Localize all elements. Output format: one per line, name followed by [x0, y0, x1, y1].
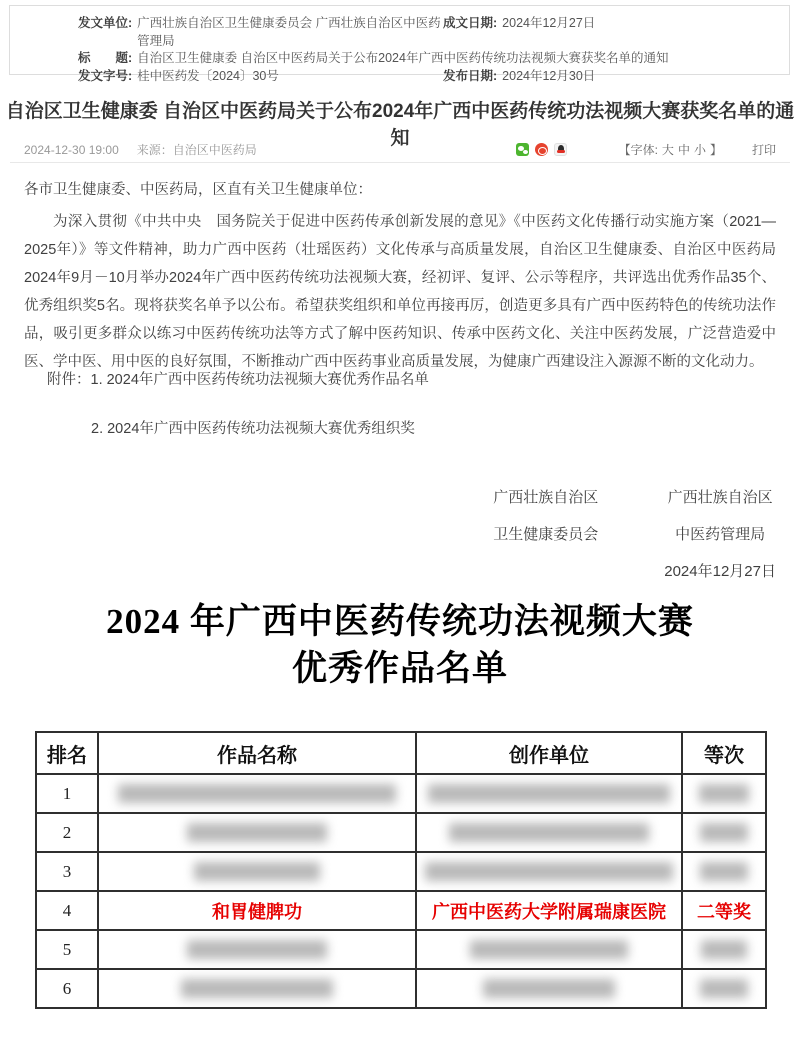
signature-block: 广西壮族自治区 卫生健康委员会 广西壮族自治区 中医药管理局 2024年12月2… [493, 479, 776, 590]
doc-meta-box: 发文单位: 广西壮族自治区卫生健康委员会 广西壮族自治区中医药管理局 成文日期:… [9, 5, 790, 75]
work-cell-redacted [98, 930, 416, 969]
table-row: 6 [36, 969, 766, 1008]
table-header-row: 排名 作品名称 创作单位 等次 [36, 732, 766, 774]
col-header-unit: 创作单位 [416, 732, 682, 774]
header-divider [10, 162, 790, 163]
award-table: 排名 作品名称 创作单位 等次 1 2 3 [35, 731, 767, 1009]
unit-cell-redacted [416, 930, 682, 969]
table-row-highlighted: 4 和胃健脾功 广西中医药大学附属瑞康医院 二等奖 [36, 891, 766, 930]
award-list-title-line2: 优秀作品名单 [0, 645, 800, 692]
col-header-rank: 排名 [36, 732, 98, 774]
signature-right: 广西壮族自治区 中医药管理局 2024年12月27日 [664, 479, 776, 590]
font-size-widget: 【字体: 大 中 小 】 [619, 141, 722, 158]
print-button[interactable]: 打印 [752, 141, 776, 158]
rank-cell: 1 [36, 774, 98, 813]
notice-page: 发文单位: 广西壮族自治区卫生健康委员会 广西壮族自治区中医药管理局 成文日期:… [0, 0, 800, 1038]
publish-datetime: 2024-12-30 19:00 [24, 143, 119, 157]
publish-date-value: 2024年12月30日 [502, 68, 595, 86]
signature-date: 2024年12月27日 [664, 553, 776, 590]
signature-left-line1: 广西壮族自治区 [493, 479, 598, 516]
signature-right-line1: 广西壮族自治区 [664, 479, 776, 516]
source-text: 来源：自治区中医药局 [137, 141, 257, 158]
award-cell: 二等奖 [682, 891, 766, 930]
rank-cell: 6 [36, 969, 98, 1008]
salutation: 各市卫生健康委、中医药局，区直有关卫生健康单位： [24, 178, 776, 199]
award-list-title: 2024 年广西中医药传统功法视频大赛 优秀作品名单 [0, 598, 800, 692]
font-size-small[interactable]: 小 [694, 141, 706, 158]
qq-share-icon[interactable] [554, 143, 567, 156]
attachment-item-1: 1. 2024年广西中医药传统功法视频大赛优秀作品名单 [91, 368, 429, 389]
wechat-share-icon[interactable] [516, 143, 529, 156]
table-row: 2 [36, 813, 766, 852]
issuer-label: 发文单位: [78, 15, 132, 50]
rank-cell: 2 [36, 813, 98, 852]
article-meta-line: 2024-12-30 19:00 来源：自治区中医药局 【字体: 大 中 小 】… [24, 141, 776, 158]
body-paragraph: 为深入贯彻《中共中央 国务院关于促进中医药传承创新发展的意见》《中医药文化传播行… [24, 208, 776, 376]
written-date-value: 2024年12月27日 [502, 15, 595, 50]
rank-cell: 4 [36, 891, 98, 930]
unit-cell-redacted [416, 852, 682, 891]
signature-left-line2: 卫生健康委员会 [493, 516, 598, 553]
work-cell-redacted [98, 813, 416, 852]
meta-row-title: 标 题: 自治区卫生健康委 自治区中医药局关于公布2024年广西中医药传统功法视… [78, 50, 777, 68]
unit-cell: 广西中医药大学附属瑞康医院 [416, 891, 682, 930]
rank-cell: 5 [36, 930, 98, 969]
work-cell: 和胃健脾功 [98, 891, 416, 930]
publish-date-label: 发布日期: [443, 68, 497, 86]
doc-title-value: 自治区卫生健康委 自治区中医药局关于公布2024年广西中医药传统功法视频大赛获奖… [137, 50, 668, 68]
unit-cell-redacted [416, 813, 682, 852]
font-widget-suffix: 】 [710, 141, 722, 158]
award-cell-redacted [682, 813, 766, 852]
col-header-work: 作品名称 [98, 732, 416, 774]
work-cell-redacted [98, 852, 416, 891]
col-header-award: 等次 [682, 732, 766, 774]
table-row: 5 [36, 930, 766, 969]
font-size-large[interactable]: 大 [662, 141, 674, 158]
attachment-item-2: 2. 2024年广西中医药传统功法视频大赛优秀组织奖 [91, 421, 415, 437]
doc-number-value: 桂中医药发〔2024〕30号 [137, 68, 279, 86]
attachments-block: 附件： 1. 2024年广西中医药传统功法视频大赛优秀作品名单 2. 2024年… [47, 368, 776, 438]
work-cell-redacted [98, 774, 416, 813]
weibo-share-icon[interactable] [535, 143, 548, 156]
meta-row-issuer: 发文单位: 广西壮族自治区卫生健康委员会 广西壮族自治区中医药管理局 成文日期:… [78, 15, 777, 50]
share-toolbar [516, 143, 567, 156]
award-cell-redacted [682, 774, 766, 813]
attachments-label: 附件： [47, 368, 91, 389]
work-cell-redacted [98, 969, 416, 1008]
award-cell-redacted [682, 852, 766, 891]
doc-title-label: 标 题: [78, 50, 132, 68]
meta-row-number: 发文字号: 桂中医药发〔2024〕30号 发布日期: 2024年12月30日 [78, 68, 777, 86]
unit-cell-redacted [416, 969, 682, 1008]
issuer-value: 广西壮族自治区卫生健康委员会 广西壮族自治区中医药管理局 [137, 15, 443, 50]
unit-cell-redacted [416, 774, 682, 813]
written-date-label: 成文日期: [443, 15, 497, 50]
award-cell-redacted [682, 969, 766, 1008]
signature-right-line2: 中医药管理局 [664, 516, 776, 553]
award-list-title-line1: 2024 年广西中医药传统功法视频大赛 [0, 598, 800, 645]
signature-left: 广西壮族自治区 卫生健康委员会 [493, 479, 598, 590]
table-row: 3 [36, 852, 766, 891]
award-cell-redacted [682, 930, 766, 969]
doc-number-label: 发文字号: [78, 68, 132, 86]
rank-cell: 3 [36, 852, 98, 891]
font-size-medium[interactable]: 中 [678, 141, 690, 158]
table-row: 1 [36, 774, 766, 813]
font-widget-prefix: 【字体: [619, 141, 658, 158]
